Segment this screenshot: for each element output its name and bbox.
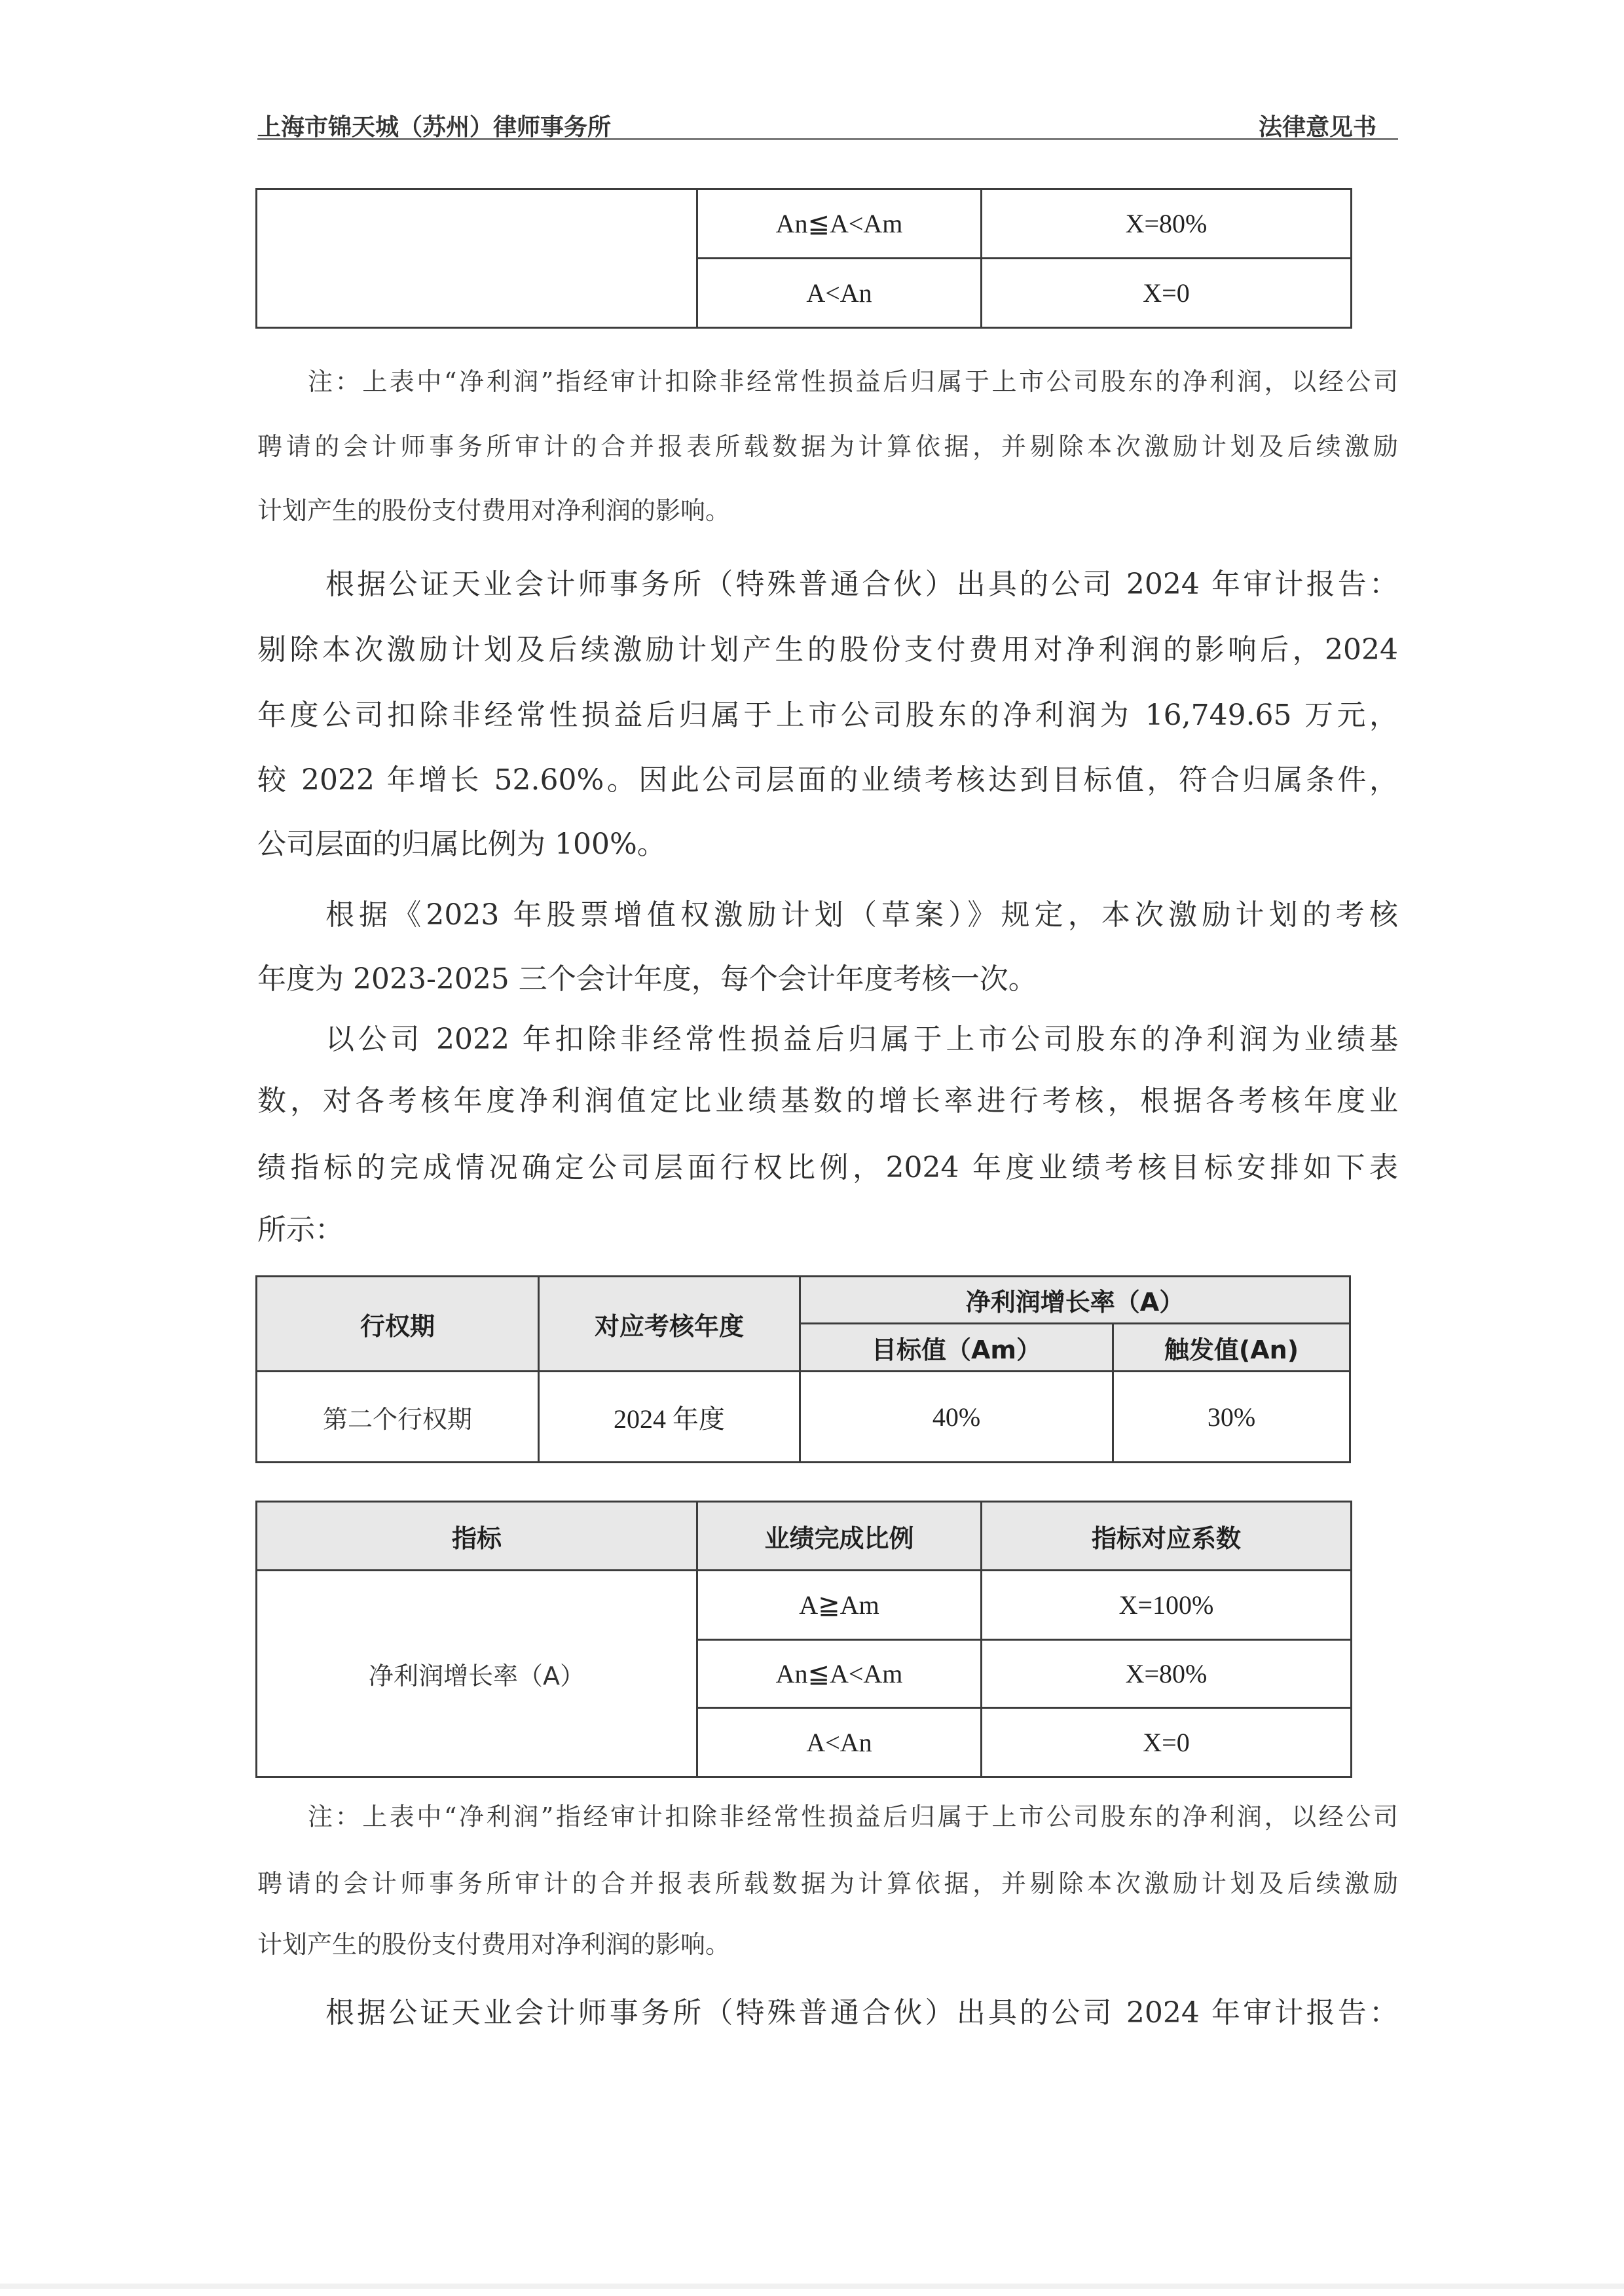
table-row: 第二个行权期 2024 年度 40% 30% [257,1372,1350,1463]
table-row: An≦A<Am X=80% [257,189,1352,259]
paragraph-line: 剔除本次激励计划及后续激励计划产生的股份支付费用对净利润的影响后，2024 [257,632,1398,668]
header-growth: 净利润增长率（A） [800,1277,1350,1324]
paragraph-line: 数，对各考核年度净利润值定比业绩基数的增长率进行考核，根据各考核年度业 [257,1083,1398,1120]
header-firm-name: 上海市锦天城（苏州）律师事务所 [257,109,611,142]
coef-cell: X=0 [982,259,1352,328]
coef-table: 指标 业绩完成比例 指标对应系数 净利润增长率（A） A≧Am X=100% A… [255,1501,1352,1778]
coef-cell: X=100% [982,1571,1352,1640]
header-target: 目标值（Am） [800,1324,1113,1372]
paragraph-line: 以公司 2022 年扣除非经常性损益后归属于上市公司股东的净利润为业绩基 [325,1021,1398,1058]
table-header-row: 行权期 对应考核年度 净利润增长率（A） [257,1277,1350,1324]
paragraph-line: 根据公证天业会计师事务所（特殊普通合伙）出具的公司 2024 年审计报告： [325,566,1398,603]
note-line: 聘请的会计师事务所审计的合并报表所载数据为计算依据，并剔除本次激励计划及后续激励 [257,1867,1398,1900]
paragraph-line: 绩指标的完成情况确定公司层面行权比例，2024 年度业绩考核目标安排如下表 [257,1150,1398,1186]
table-row: 净利润增长率（A） A≧Am X=100% [257,1571,1352,1640]
header-year: 对应考核年度 [539,1277,800,1372]
paragraph-line: 公司层面的归属比例为 100%。 [257,826,1398,863]
header-ratio: 业绩完成比例 [697,1502,982,1571]
indicator-cell: 净利润增长率（A） [257,1571,697,1777]
header-indicator: 指标 [257,1502,697,1571]
paragraph-line: 年度公司扣除非经常性损益后归属于上市公司股东的净利润为 16,749.65 万元… [257,697,1398,734]
indicator-cell-empty [257,189,697,328]
note-line: 注：上表中“净利润”指经审计扣除非经常性损益后归属于上市公司股东的净利润，以经公… [308,1800,1398,1833]
target-table: 行权期 对应考核年度 净利润增长率（A） 目标值（Am） 触发值(An) 第二个… [255,1275,1351,1463]
paragraph-line: 所示： [257,1212,1398,1248]
scan-artifact-band [0,2284,1624,2289]
note-line: 注：上表中“净利润”指经审计扣除非经常性损益后归属于上市公司股东的净利润，以经公… [308,365,1398,398]
continued-coef-table: An≦A<Am X=80% A<An X=0 [255,188,1352,329]
header-period: 行权期 [257,1277,539,1372]
header-doc-type: 法律意见书 [1259,109,1376,142]
header-trigger: 触发值(An) [1113,1324,1350,1372]
coef-cell: X=80% [982,1640,1352,1708]
trigger-cell: 30% [1113,1372,1350,1463]
target-cell: 40% [800,1372,1113,1463]
paragraph-line: 根据公证天业会计师事务所（特殊普通合伙）出具的公司 2024 年审计报告： [325,1995,1398,2032]
paragraph-line: 根据《2023 年股票增值权激励计划（草案）》规定，本次激励计划的考核 [325,897,1398,934]
ratio-cell: An≦A<Am [697,189,982,259]
ratio-cell: A≧Am [697,1571,982,1640]
note-line: 计划产生的股份支付费用对净利润的影响。 [257,1928,1398,1961]
paragraph-line: 较 2022 年增长 52.60%。因此公司层面的业绩考核达到目标值，符合归属条… [257,762,1398,799]
ratio-cell: An≦A<Am [697,1640,982,1708]
period-cell: 第二个行权期 [257,1372,539,1463]
table-header-row: 指标 业绩完成比例 指标对应系数 [257,1502,1352,1571]
paragraph-line: 年度为 2023-2025 三个会计年度，每个会计年度考核一次。 [257,961,1398,998]
coef-cell: X=0 [982,1708,1352,1777]
header-rule [257,138,1398,140]
ratio-cell: A<An [697,259,982,328]
header-coef: 指标对应系数 [982,1502,1352,1571]
year-cell: 2024 年度 [539,1372,800,1463]
note-line: 聘请的会计师事务所审计的合并报表所载数据为计算依据，并剔除本次激励计划及后续激励 [257,430,1398,463]
note-line: 计划产生的股份支付费用对净利润的影响。 [257,494,1398,527]
ratio-cell: A<An [697,1708,982,1777]
coef-cell: X=80% [982,189,1352,259]
